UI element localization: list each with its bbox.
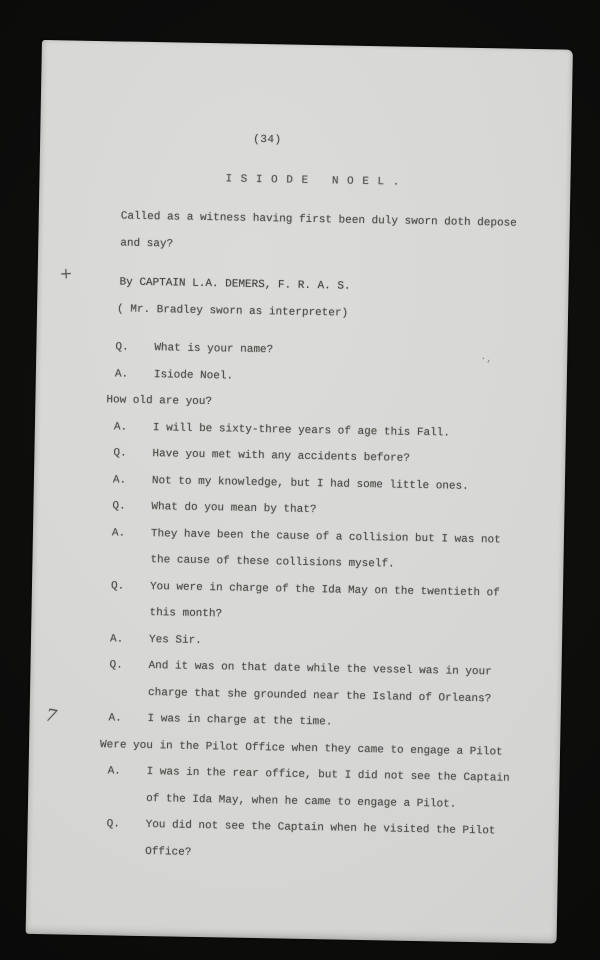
- qa-row: A.They have been the cause of a collisio…: [32, 518, 564, 581]
- qa-text-line: Yes Sir.: [149, 627, 202, 654]
- qa-text: I was in charge at the time.: [147, 706, 332, 736]
- qa-marker: A.: [107, 758, 146, 785]
- qa-text: I was in the rear office, but I did not …: [146, 759, 510, 819]
- qa-marker: A.: [113, 467, 152, 494]
- scanned-photo-background: (34) I S I O D E N O E L . Called as a w…: [0, 0, 600, 960]
- qa-marker: A.: [108, 705, 147, 732]
- page-number: (34): [253, 127, 571, 159]
- qa-text: How old are you?: [106, 387, 212, 415]
- deposition-title: I S I O D E N O E L .: [225, 166, 570, 199]
- qa-text-line: How old are you?: [106, 387, 212, 415]
- qa-marker: Q.: [111, 573, 150, 600]
- qa-marker: Q.: [112, 493, 151, 520]
- qa-text-line: What is your name?: [154, 335, 273, 364]
- qa-row: Q.You were in charge of the Ida May on t…: [31, 571, 563, 634]
- qa-text: They have been the cause of a collision …: [150, 521, 501, 580]
- ink-speck: ·,: [480, 354, 492, 365]
- qa-marker: A.: [110, 626, 149, 653]
- qa-text: What do you mean by that?: [151, 494, 316, 524]
- qa-text: You were in charge of the Ida May on the…: [149, 574, 500, 633]
- qa-text: Isiode Noel.: [154, 362, 234, 390]
- qa-text-line: Isiode Noel.: [154, 362, 234, 390]
- qa-marker: A.: [115, 361, 154, 388]
- qa-marker: Q.: [115, 334, 154, 361]
- document-page: (34) I S I O D E N O E L . Called as a w…: [26, 40, 573, 944]
- qa-text-line: I was in charge at the time.: [147, 706, 332, 736]
- qa-marker: Q.: [113, 440, 152, 467]
- qa-text: What is your name?: [154, 335, 273, 364]
- qa-marker: A.: [114, 414, 153, 441]
- qa-row: Q.You did not see the Captain when he vi…: [27, 810, 559, 873]
- qa-row: Q.And it was on that date while the vess…: [30, 651, 562, 714]
- qa-text: Yes Sir.: [149, 627, 202, 654]
- qa-text-line: What do you mean by that?: [151, 494, 316, 524]
- qa-marker: Q.: [109, 652, 148, 679]
- question-answer-list: Q.What is your name?A.Isiode Noel.How ol…: [27, 333, 568, 873]
- qa-row: A.I was in the rear office, but I did no…: [28, 757, 560, 820]
- qa-marker: A.: [112, 520, 151, 547]
- witness-preamble: Called as a witness having first been du…: [120, 203, 570, 264]
- qa-text: And it was on that date while the vessel…: [148, 653, 492, 712]
- qa-marker: Q.: [106, 811, 145, 838]
- handwritten-margin-mark: +: [59, 264, 72, 283]
- typewritten-text: (34) I S I O D E N O E L . Called as a w…: [27, 40, 573, 873]
- qa-text: You did not see the Captain when he visi…: [145, 812, 496, 871]
